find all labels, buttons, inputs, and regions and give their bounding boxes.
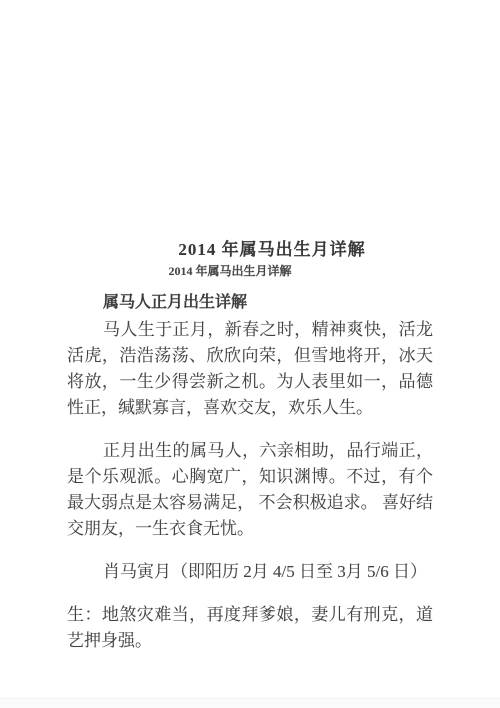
document-page: 2014 年属马出生月详解 2014 年属马出生月详解 属马人正月出生详解 马人… [0, 0, 500, 708]
paragraph-month-range: 肖马寅月（即阳历 2月 4/5 日至 3月 5/6 日） [67, 559, 433, 585]
section-heading: 属马人正月出生详解 [67, 293, 433, 312]
paragraph-intro: 马人生于正月，新春之时，精神爽快，活龙活虎，浩浩荡荡、欣欣向荣，但雪地将开，冰天… [67, 317, 433, 421]
page-title: 2014 年属马出生月详解 [89, 238, 455, 262]
paragraph-birth-verse: 生：地煞灾难当，再度拜爹娘，妻儿有刑克，道艺押身强。 [67, 602, 433, 654]
document-content: 2014 年属马出生月详解 2014 年属马出生月详解 属马人正月出生详解 马人… [67, 238, 433, 671]
page-bottom-edge [0, 698, 500, 708]
paragraph-personality: 正月出生的属马人，六亲相助，品行端正，是个乐观派。心胸宽广，知识渊博。不过，有个… [67, 438, 433, 542]
page-subtitle: 2014 年属马出生月详解 [47, 263, 413, 279]
